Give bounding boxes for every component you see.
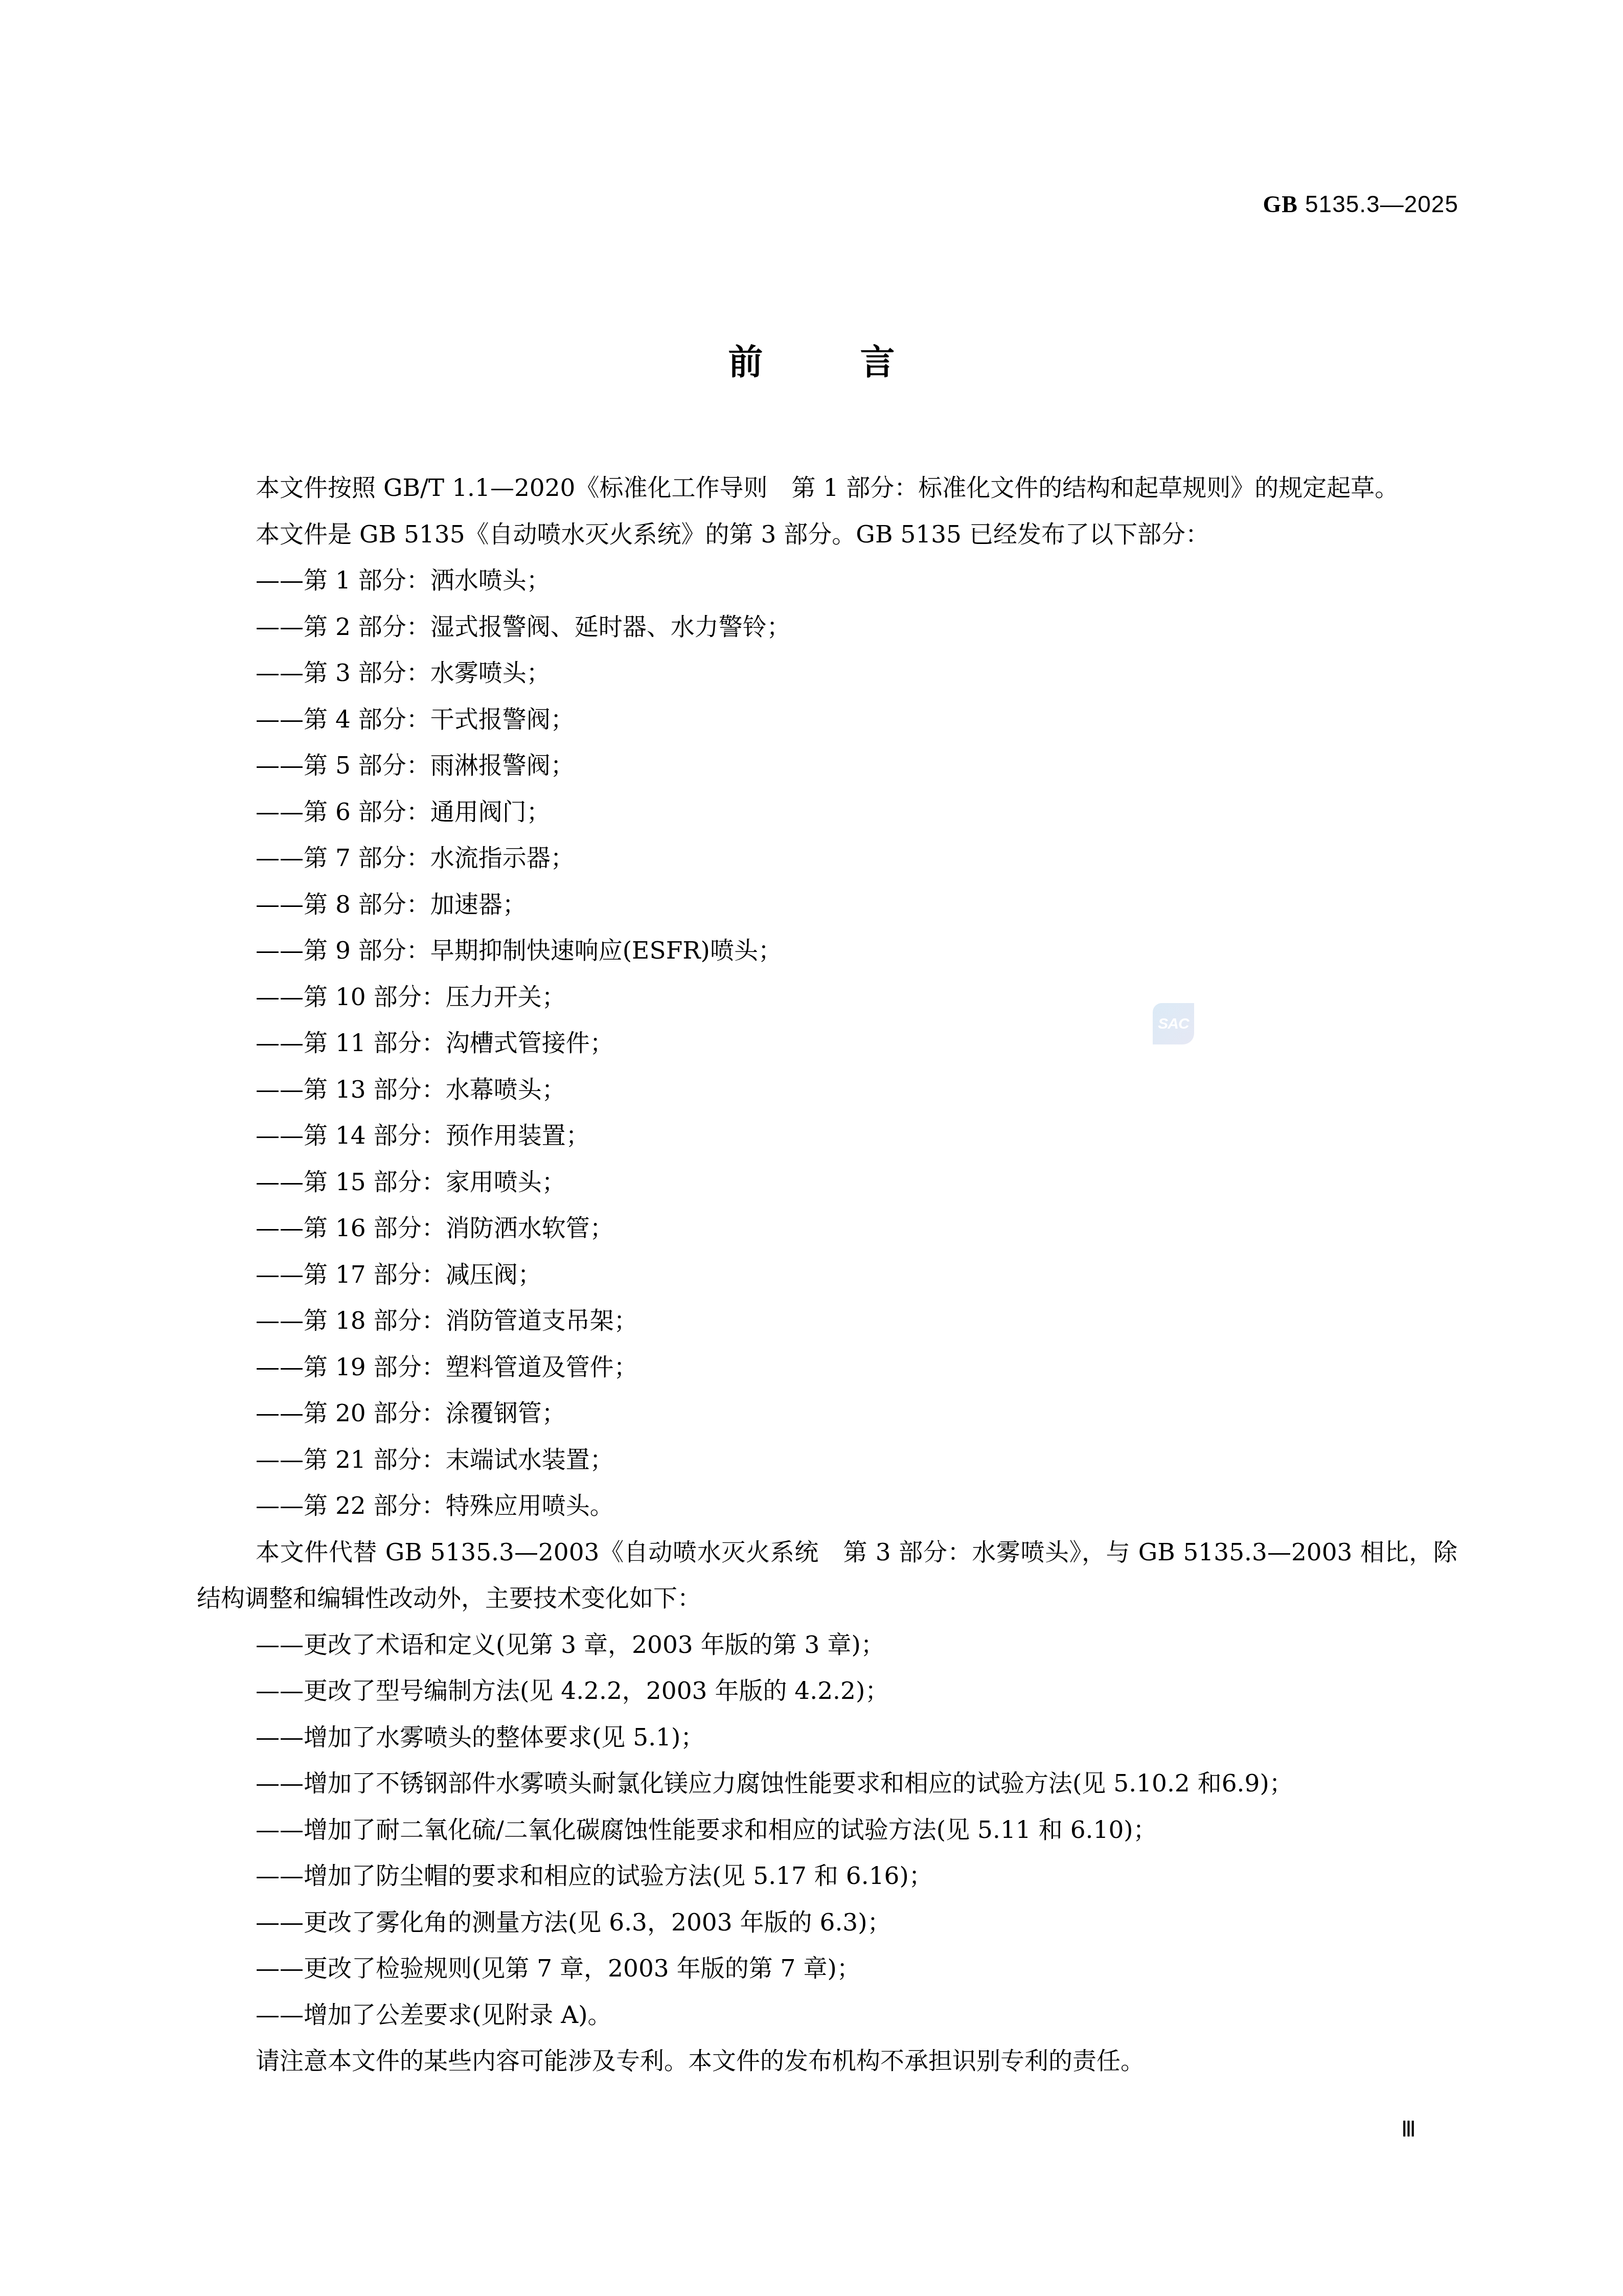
list-item: ——第 16 部分：消防洒水软管； xyxy=(197,1206,1457,1252)
page-title: 前言 xyxy=(0,335,1623,384)
list-item: ——第 8 部分：加速器； xyxy=(197,882,1457,928)
list-item: ——第 11 部分：沟槽式管接件； xyxy=(197,1020,1457,1067)
list-item: ——第 1 部分：洒水喷头； xyxy=(197,558,1457,604)
list-item: ——增加了防尘帽的要求和相应的试验方法(见 5.17 和 6.16)； xyxy=(197,1853,1457,1900)
page-number: Ⅲ xyxy=(1401,2117,1416,2142)
list-item: ——增加了不锈钢部件水雾喷头耐氯化镁应力腐蚀性能要求和相应的试验方法(见 5.1… xyxy=(197,1761,1457,1807)
list-item: ——第 14 部分：预作用装置； xyxy=(197,1113,1457,1160)
title-char-2: 言 xyxy=(860,335,895,384)
list-item: ——第 19 部分：塑料管道及管件； xyxy=(197,1345,1457,1391)
list-item: ——更改了雾化角的测量方法(见 6.3，2003 年版的 6.3)； xyxy=(197,1900,1457,1946)
standard-prefix: GB xyxy=(1263,191,1298,217)
title-char-1: 前 xyxy=(728,335,763,384)
list-item: ——更改了型号编制方法(见 4.2.2，2003 年版的 4.2.2)； xyxy=(197,1668,1457,1715)
intro-paragraph-1: 本文件按照 GB/T 1.1—2020《标准化工作导则 第 1 部分：标准化文件… xyxy=(197,465,1457,512)
list-item: ——第 6 部分：通用阀门； xyxy=(197,789,1457,836)
standard-code-header: GB5135.3—2025 xyxy=(1263,190,1459,218)
list-item: ——第 17 部分：减压阀； xyxy=(197,1252,1457,1299)
list-item: ——第 15 部分：家用喷头； xyxy=(197,1160,1457,1206)
list-item: ——增加了水雾喷头的整体要求(见 5.1)； xyxy=(197,1715,1457,1761)
list-item: ——第 13 部分：水幕喷头； xyxy=(197,1067,1457,1113)
list-item: ——第 22 部分：特殊应用喷头。 xyxy=(197,1483,1457,1530)
list-item: ——第 21 部分：末端试水装置； xyxy=(197,1437,1457,1484)
list-item: ——第 20 部分：涂覆钢管； xyxy=(197,1391,1457,1437)
foreword-body: 本文件按照 GB/T 1.1—2020《标准化工作导则 第 1 部分：标准化文件… xyxy=(197,465,1457,2085)
list-item: ——第 18 部分：消防管道支吊架； xyxy=(197,1298,1457,1345)
list-item: ——第 5 部分：雨淋报警阀； xyxy=(197,743,1457,789)
list-item: ——第 7 部分：水流指示器； xyxy=(197,835,1457,882)
list-item: ——更改了术语和定义(见第 3 章，2003 年版的第 3 章)； xyxy=(197,1622,1457,1669)
list-item: ——更改了检验规则(见第 7 章，2003 年版的第 7 章)； xyxy=(197,1946,1457,1992)
patent-notice: 请注意本文件的某些内容可能涉及专利。本文件的发布机构不承担识别专利的责任。 xyxy=(197,2038,1457,2085)
changes-list: ——更改了术语和定义(见第 3 章，2003 年版的第 3 章)； ——更改了型… xyxy=(197,1622,1457,2039)
parts-list: ——第 1 部分：洒水喷头； ——第 2 部分：湿式报警阀、延时器、水力警铃； … xyxy=(197,558,1457,1530)
replaces-paragraph: 本文件代替 GB 5135.3—2003《自动喷水灭火系统 第 3 部分：水雾喷… xyxy=(197,1530,1457,1622)
list-item: ——第 10 部分：压力开关； xyxy=(197,974,1457,1021)
list-item: ——第 3 部分：水雾喷头； xyxy=(197,650,1457,697)
standard-number: 5135.3—2025 xyxy=(1305,191,1458,217)
list-item: ——增加了耐二氧化硫/二氧化碳腐蚀性能要求和相应的试验方法(见 5.11 和 6… xyxy=(197,1807,1457,1854)
list-item: ——第 9 部分：早期抑制快速响应(ESFR)喷头； xyxy=(197,928,1457,974)
list-item: ——第 4 部分：干式报警阀； xyxy=(197,697,1457,743)
intro-paragraph-2: 本文件是 GB 5135《自动喷水灭火系统》的第 3 部分。GB 5135 已经… xyxy=(197,512,1457,558)
list-item: ——第 2 部分：湿式报警阀、延时器、水力警铃； xyxy=(197,604,1457,651)
list-item: ——增加了公差要求(见附录 A)。 xyxy=(197,1992,1457,2039)
